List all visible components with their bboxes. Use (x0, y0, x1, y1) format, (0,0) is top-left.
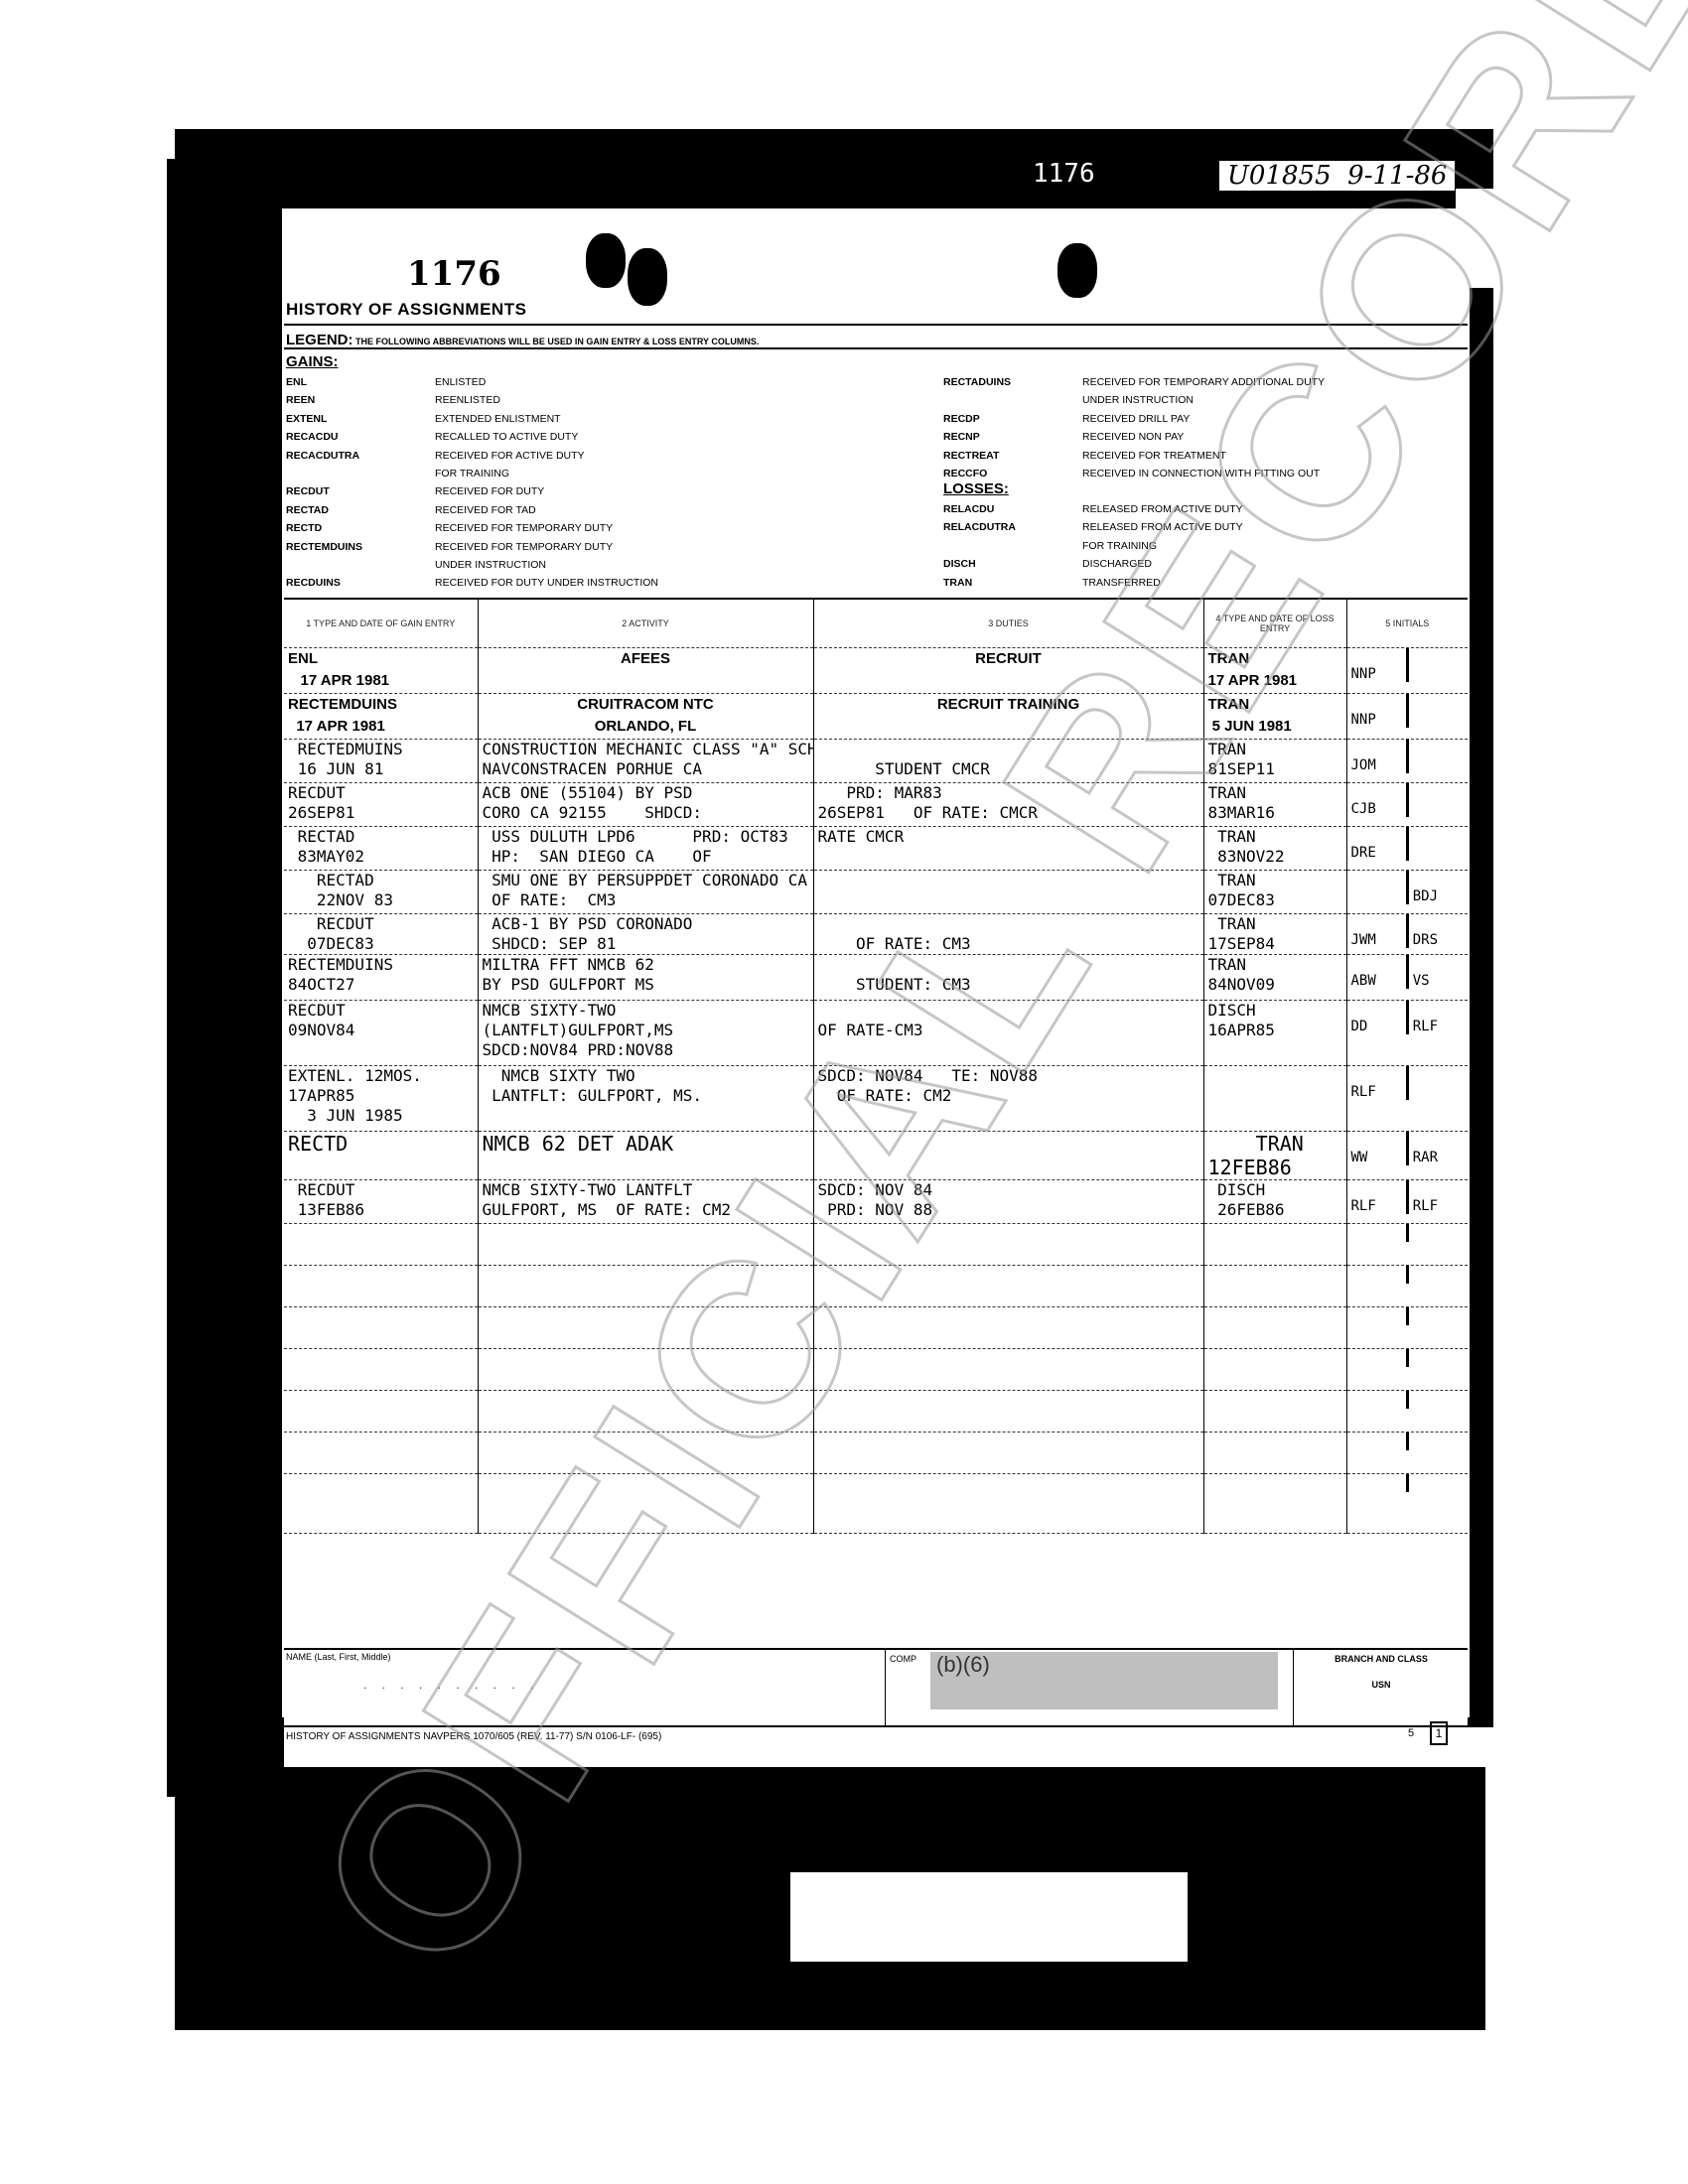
cell-duties: OF RATE-CM3 (813, 1001, 1203, 1066)
name-label: NAME (Last, First, Middle) (286, 1652, 391, 1662)
table-row: ENL 17 APR 1981AFEESRECRUITTRAN 17 APR 1… (284, 648, 1468, 694)
legend-entry: RECDUTRECEIVED FOR DUTY (286, 482, 658, 500)
table-row (284, 1266, 1468, 1307)
legend-entry: RECACDUTRARECEIVED FOR ACTIVE DUTY (286, 447, 658, 465)
legend-entry: EXTENLEXTENDED ENLISTMENT (286, 410, 658, 428)
initials-signature (1409, 648, 1468, 682)
cell-activity: SMU ONE BY PERSUPPDET CORONADO CA OF RAT… (478, 871, 813, 914)
table-row: RECTEMDUINS 17 APR 1981CRUITRACOM NTC OR… (284, 694, 1468, 740)
cell-initials (1346, 1391, 1468, 1433)
initials-signature: VS (1409, 955, 1468, 989)
initials-signature (1409, 1066, 1468, 1100)
table-row: RECTAD 22NOV 83 SMU ONE BY PERSUPPDET CO… (284, 871, 1468, 914)
cell-duties: RECRUIT TRAINING (813, 694, 1203, 740)
cell-initials: WWRAR (1346, 1132, 1468, 1180)
cell-duties: RECRUIT (813, 648, 1203, 694)
table-row (284, 1224, 1468, 1266)
cell-gain-entry (284, 1391, 478, 1433)
initials-signature: RLF (1347, 1180, 1409, 1214)
col-header-gain: 1 TYPE AND DATE OF GAIN ENTRY (284, 599, 478, 648)
file-number-stamp: 1176 (1033, 159, 1095, 189)
initials-signature (1347, 1474, 1409, 1492)
legend-rule (284, 347, 1468, 349)
table-header-row: 1 TYPE AND DATE OF GAIN ENTRY 2 ACTIVITY… (284, 599, 1468, 648)
cell-activity: ACB ONE (55104) BY PSD CORO CA 92155 SHD… (478, 783, 813, 827)
col-header-duties: 3 DUTIES (813, 599, 1203, 648)
initials-signature (1409, 740, 1468, 773)
table-row: RECTEDMUINS 16 JUN 81CONSTRUCTION MECHAN… (284, 740, 1468, 783)
legend-entry: RECACDURECALLED TO ACTIVE DUTY (286, 428, 658, 446)
cell-gain-entry (284, 1224, 478, 1266)
cell-gain-entry: RECDUT 26SEP81 (284, 783, 478, 827)
cell-duties (813, 1266, 1203, 1307)
legend-entry: FOR TRAINING (943, 537, 1243, 555)
cell-duties (813, 871, 1203, 914)
legend-entry: DISCHDISCHARGED (943, 555, 1243, 573)
cell-gain-entry: RECTAD 83MAY02 (284, 827, 478, 871)
initials-signature: NNP (1347, 648, 1409, 682)
cell-initials (1346, 1474, 1468, 1534)
ink-blot (1057, 243, 1097, 298)
cell-gain-entry: RECTEMDUINS 84OCT27 (284, 955, 478, 1001)
initials-signature: DRS (1409, 914, 1468, 948)
table-row (284, 1349, 1468, 1391)
legend-entry: ENLENLISTED (286, 373, 658, 391)
cell-loss-entry (1203, 1066, 1346, 1132)
losses-heading: LOSSES: (943, 480, 1009, 497)
cell-loss-entry: TRAN 12FEB86 (1203, 1132, 1346, 1180)
cell-gain-entry: EXTENL. 12MOS. 17APR85 3 JUN 1985 (284, 1066, 478, 1132)
file-id-stamp: U01855 9-11-86 (1219, 161, 1455, 191)
legend-entry: RECDPRECEIVED DRILL PAY (943, 410, 1325, 428)
initials-signature: RLF (1347, 1066, 1409, 1100)
cell-loss-entry (1203, 1349, 1346, 1391)
cell-activity: NMCB SIXTY-TWO (LANTFLT)GULFPORT,MS SDCD… (478, 1001, 813, 1066)
name-value: . . . . . . . . . . (363, 1678, 539, 1692)
legend-entry: RECNPRECEIVED NON PAY (943, 428, 1325, 446)
cell-duties (813, 1433, 1203, 1474)
cell-activity (478, 1474, 813, 1534)
legend-entry: UNDER INSTRUCTION (943, 391, 1325, 409)
cell-gain-entry (284, 1433, 478, 1474)
cell-activity (478, 1307, 813, 1349)
cell-gain-entry (284, 1474, 478, 1534)
initials-signature (1409, 827, 1468, 861)
cell-activity: NMCB SIXTY TWO LANTFLT: GULFPORT, MS. (478, 1066, 813, 1132)
page-number: 5 (1408, 1727, 1414, 1739)
initials-signature (1347, 1224, 1409, 1242)
cell-duties (813, 1224, 1203, 1266)
cell-duties (813, 1474, 1203, 1534)
cell-gain-entry (284, 1266, 478, 1307)
legend-entry: RECTADRECEIVED FOR TAD (286, 501, 658, 519)
cell-duties: SDCD: NOV84 TE: NOV88 OF RATE: CM2 (813, 1066, 1203, 1132)
cell-initials (1346, 1224, 1468, 1266)
cell-loss-entry (1203, 1433, 1346, 1474)
initials-signature: RLF (1409, 1001, 1468, 1034)
initials-signature (1347, 1391, 1409, 1409)
cell-loss-entry: TRAN 83MAR16 (1203, 783, 1346, 827)
cell-duties: PRD: MAR83 26SEP81 OF RATE: CMCR (813, 783, 1203, 827)
cell-initials: RLF (1346, 1066, 1468, 1132)
branch-label: BRANCH AND CLASS (1297, 1654, 1466, 1664)
ink-blot (586, 233, 626, 288)
initials-signature (1409, 1224, 1468, 1242)
scan-border-right (1468, 288, 1493, 1727)
cell-initials: RLFRLF (1346, 1180, 1468, 1224)
table-row (284, 1474, 1468, 1534)
cell-initials (1346, 1307, 1468, 1349)
gains-legend-left: ENLENLISTED REENREENLISTED EXTENLEXTENDE… (286, 373, 658, 593)
form-footer: NAME (Last, First, Middle) . . . . . . .… (284, 1648, 1468, 1727)
assignments-table: 1 TYPE AND DATE OF GAIN ENTRY 2 ACTIVITY… (284, 598, 1468, 1534)
gains-legend-right: RECTADUINSRECEIVED FOR TEMPORARY ADDITIO… (943, 373, 1325, 482)
initials-signature: CJB (1347, 783, 1409, 817)
initials-signature: JWM (1347, 914, 1409, 948)
table-row: RECDUT 13FEB86NMCB SIXTY-TWO LANTFLT GUL… (284, 1180, 1468, 1224)
legend-entry: RELACDURELEASED FROM ACTIVE DUTY (943, 500, 1243, 518)
cell-loss-entry: TRAN 81SEP11 (1203, 740, 1346, 783)
cell-loss-entry (1203, 1474, 1346, 1534)
initials-signature (1347, 1307, 1409, 1325)
initials-signature (1409, 1307, 1468, 1325)
initials-signature: JOM (1347, 740, 1409, 773)
cell-gain-entry: RECTD (284, 1132, 478, 1180)
cell-initials: BDJ (1346, 871, 1468, 914)
cell-loss-entry: DISCH 16APR85 (1203, 1001, 1346, 1066)
cell-activity (478, 1391, 813, 1433)
col-header-initials: 5 INITIALS (1346, 599, 1468, 648)
legend-entry: RECTEMDUINSRECEIVED FOR TEMPORARY DUTY (286, 538, 658, 556)
table-row (284, 1433, 1468, 1474)
cell-initials: NNP (1346, 648, 1468, 694)
cell-gain-entry: RECDUT 07DEC83 (284, 914, 478, 955)
cell-gain-entry: RECDUT 09NOV84 (284, 1001, 478, 1066)
initials-signature (1347, 1266, 1409, 1284)
cell-gain-entry: RECDUT 13FEB86 (284, 1180, 478, 1224)
cell-activity: CONSTRUCTION MECHANIC CLASS "A" SCHOOL N… (478, 740, 813, 783)
initials-signature: BDJ (1409, 871, 1468, 904)
losses-legend: RELACDURELEASED FROM ACTIVE DUTY RELACDU… (943, 500, 1243, 592)
cell-activity: NMCB 62 DET ADAK (478, 1132, 813, 1180)
cell-activity (478, 1224, 813, 1266)
cell-initials: JWMDRS (1346, 914, 1468, 955)
initials-signature (1347, 1433, 1409, 1450)
cell-gain-entry (284, 1307, 478, 1349)
redaction-box: (b)(6) (930, 1652, 1278, 1709)
cell-duties: OF RATE: CM3 (813, 914, 1203, 955)
gains-heading: GAINS: (286, 353, 339, 370)
col-header-loss: 4 TYPE AND DATE OF LOSS ENTRY (1203, 599, 1346, 648)
cell-initials: ABWVS (1346, 955, 1468, 1001)
cell-duties: STUDENT: CM3 (813, 955, 1203, 1001)
stamp-id: U01855 (1227, 161, 1332, 191)
title-rule (284, 324, 1468, 326)
form-number: 1176 (407, 254, 501, 294)
initials-signature: RLF (1409, 1180, 1468, 1214)
cell-loss-entry: TRAN 17SEP84 (1203, 914, 1346, 955)
component-label: COMP (890, 1654, 916, 1664)
cell-gain-entry: RECTEDMUINS 16 JUN 81 (284, 740, 478, 783)
table-row: EXTENL. 12MOS. 17APR85 3 JUN 1985 NMCB S… (284, 1066, 1468, 1132)
scan-border-left-outer (167, 159, 187, 1797)
cell-initials: CJB (1346, 783, 1468, 827)
cell-initials: DRE (1346, 827, 1468, 871)
cell-initials: JOM (1346, 740, 1468, 783)
table-row (284, 1391, 1468, 1433)
cell-duties: SDCD: NOV 84 PRD: NOV 88 (813, 1180, 1203, 1224)
cell-activity: USS DULUTH LPD6 PRD: OCT83 HP: SAN DIEGO… (478, 827, 813, 871)
cell-loss-entry (1203, 1266, 1346, 1307)
cell-activity (478, 1433, 813, 1474)
initials-signature (1409, 783, 1468, 817)
legend-entry: FOR TRAINING (286, 465, 658, 482)
cell-initials (1346, 1349, 1468, 1391)
legend-line: LEGEND: THE FOLLOWING ABBREVIATIONS WILL… (286, 332, 759, 348)
table-row: RECTEMDUINS 84OCT27MILTRA FFT NMCB 62 BY… (284, 955, 1468, 1001)
initials-signature (1409, 1474, 1468, 1492)
scan-border-left (175, 129, 284, 1817)
cell-gain-entry (284, 1349, 478, 1391)
cell-duties: RATE CMCR (813, 827, 1203, 871)
cell-activity (478, 1266, 813, 1307)
blank-label-area (790, 1872, 1188, 1962)
legend-entry: UNDER INSTRUCTION (286, 556, 658, 574)
cell-loss-entry: TRAN 83NOV22 (1203, 827, 1346, 871)
table-row: RECTDNMCB 62 DET ADAK TRAN 12FEB86WWRAR (284, 1132, 1468, 1180)
form-identifier: HISTORY OF ASSIGNMENTS NAVPERS 1070/605 … (286, 1731, 661, 1742)
cell-loss-entry: DISCH 26FEB86 (1203, 1180, 1346, 1224)
cell-gain-entry: RECTEMDUINS 17 APR 1981 (284, 694, 478, 740)
page-box: 1 (1430, 1721, 1448, 1745)
initials-signature (1347, 871, 1409, 904)
legend-entry: REENREENLISTED (286, 391, 658, 409)
initials-signature: WW (1347, 1132, 1409, 1165)
cell-loss-entry: TRAN 84NOV09 (1203, 955, 1346, 1001)
cell-initials (1346, 1266, 1468, 1307)
initials-signature (1409, 1391, 1468, 1409)
cell-loss-entry (1203, 1391, 1346, 1433)
legend-entry: TRANTRANSFERRED (943, 574, 1243, 592)
cell-loss-entry: TRAN 07DEC83 (1203, 871, 1346, 914)
cell-activity: NMCB SIXTY-TWO LANTFLT GULFPORT, MS OF R… (478, 1180, 813, 1224)
initials-signature: DRE (1347, 827, 1409, 861)
initials-signature: RAR (1409, 1132, 1468, 1165)
initials-signature (1409, 1433, 1468, 1450)
form-title: HISTORY OF ASSIGNMENTS (286, 300, 526, 320)
cell-duties (813, 1307, 1203, 1349)
legend-label: LEGEND: (286, 332, 353, 348)
cell-activity: MILTRA FFT NMCB 62 BY PSD GULFPORT MS (478, 955, 813, 1001)
initials-signature: NNP (1347, 694, 1409, 728)
cell-duties (813, 1391, 1203, 1433)
cell-initials (1346, 1433, 1468, 1474)
initials-signature: ABW (1347, 955, 1409, 989)
cell-loss-entry: TRAN 17 APR 1981 (1203, 648, 1346, 694)
cell-activity: AFEES (478, 648, 813, 694)
cell-gain-entry: RECTAD 22NOV 83 (284, 871, 478, 914)
cell-initials: NNP (1346, 694, 1468, 740)
table-row: RECDUT 26SEP81ACB ONE (55104) BY PSD COR… (284, 783, 1468, 827)
component-field: COMP (b)(6) (885, 1650, 1294, 1725)
legend-text: THE FOLLOWING ABBREVIATIONS WILL BE USED… (355, 337, 759, 346)
stamp-date: 9-11-86 (1347, 161, 1447, 191)
col-header-activity: 2 ACTIVITY (478, 599, 813, 648)
table-row: RECTAD 83MAY02 USS DULUTH LPD6 PRD: OCT8… (284, 827, 1468, 871)
cell-duties (813, 1132, 1203, 1180)
legend-entry: RELACDUTRARELEASED FROM ACTIVE DUTY (943, 518, 1243, 536)
table-row (284, 1307, 1468, 1349)
legend-entry: RECTREATRECEIVED FOR TREATMENT (943, 447, 1325, 465)
table-row: RECDUT 09NOV84NMCB SIXTY-TWO (LANTFLT)GU… (284, 1001, 1468, 1066)
cell-loss-entry (1203, 1224, 1346, 1266)
cell-duties (813, 1349, 1203, 1391)
cell-activity (478, 1349, 813, 1391)
initials-signature (1409, 1266, 1468, 1284)
legend-entry: RECTADUINSRECEIVED FOR TEMPORARY ADDITIO… (943, 373, 1325, 391)
cell-activity: ACB-1 BY PSD CORONADO SHDCD: SEP 81 (478, 914, 813, 955)
legend-entry: RECTDRECEIVED FOR TEMPORARY DUTY (286, 519, 658, 537)
table-row: RECDUT 07DEC83 ACB-1 BY PSD CORONADO SHD… (284, 914, 1468, 955)
legend-entry: RECDUINSRECEIVED FOR DUTY UNDER INSTRUCT… (286, 574, 658, 592)
initials-signature (1347, 1349, 1409, 1367)
initials-signature (1409, 1349, 1468, 1367)
initials-signature (1409, 694, 1468, 728)
cell-loss-entry: TRAN 5 JUN 1981 (1203, 694, 1346, 740)
cell-gain-entry: ENL 17 APR 1981 (284, 648, 478, 694)
cell-activity: CRUITRACOM NTC ORLANDO, FL (478, 694, 813, 740)
ink-blot (628, 248, 667, 306)
cell-initials: DDRLF (1346, 1001, 1468, 1066)
branch-value: USN (1297, 1680, 1466, 1690)
cell-loss-entry (1203, 1307, 1346, 1349)
initials-signature: DD (1347, 1001, 1409, 1034)
cell-duties: STUDENT CMCR (813, 740, 1203, 783)
